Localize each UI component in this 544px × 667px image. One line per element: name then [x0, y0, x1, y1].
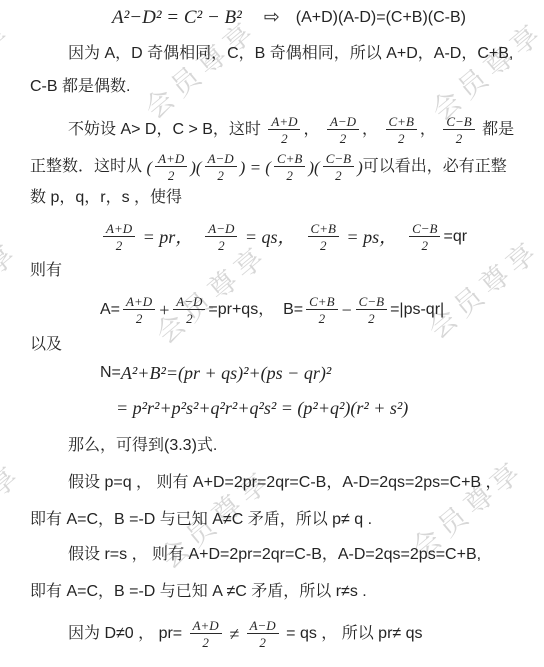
paragraph-text: 都是 — [478, 122, 514, 138]
equation-term: = pr， — [138, 228, 202, 246]
fraction-numerator: A+D — [268, 114, 300, 130]
and-label: 以及 — [30, 337, 62, 353]
watermark-text: 会员尊享 — [0, 453, 30, 571]
equation-1: A+D2 = pr， A−D2 = qs， C+B2 = ps， C−B2 =q… — [100, 219, 467, 255]
equation-2: A= A+D2 + A−D2 =pr+qs， B= C+B2 − C−B2 =|… — [100, 292, 444, 328]
fraction-denominator: 2 — [168, 167, 175, 183]
paragraph-text: 可以看出，必有正整 — [363, 159, 507, 175]
paragraph-text: 以及 — [30, 337, 62, 353]
fraction: A−D2 — [247, 618, 279, 651]
fraction: C+B2 — [306, 294, 337, 327]
paragraph-text: 因为 A，D 奇偶相同，C，B 奇偶相同，所以 A+D，A-D，C+B, — [68, 46, 513, 62]
fraction-numerator: C−B — [409, 221, 440, 237]
paragraph-2-line-3: 数 p，q，r，s ，使得 — [30, 190, 182, 206]
fraction: A+D2 — [268, 114, 300, 147]
fraction-denominator: 2 — [422, 237, 429, 253]
plus-operator: + — [158, 301, 170, 319]
watermark-text: 会员尊享 — [0, 11, 20, 129]
fraction-numerator: C+B — [274, 151, 305, 167]
fraction-denominator: 2 — [456, 130, 463, 146]
fraction: C+B2 — [386, 114, 417, 147]
fraction-numerator: A−D — [247, 618, 279, 634]
fraction: A+D2 — [123, 294, 155, 327]
fraction-denominator: 2 — [116, 237, 123, 253]
paren: ( — [146, 159, 152, 176]
fraction-numerator: C+B — [308, 221, 339, 237]
fraction-denominator: 2 — [136, 310, 143, 326]
fraction-numerator: A−D — [173, 294, 205, 310]
minus-operator: − — [341, 301, 353, 319]
paragraph-text: 即有 A=C，B =-D 与已知 A ≠C 矛盾，所以 r≠s . — [30, 584, 367, 600]
fraction-denominator: 2 — [319, 310, 326, 326]
fraction: A+D2 — [155, 151, 187, 184]
fraction-numerator: A+D — [123, 294, 155, 310]
formula-headline: A²−D² = C² − B² ⇨ (A+D)(A-D)=(C+B)(C-B) — [112, 8, 466, 27]
paragraph-1-line-2: C-B 都是偶数. — [30, 79, 130, 95]
fraction-numerator: A+D — [190, 618, 222, 634]
implies-arrow-icon: ⇨ — [264, 8, 280, 27]
fraction-numerator: C−B — [443, 114, 474, 130]
equation-term: N= — [100, 365, 121, 381]
paragraph-text: 假设 r=s ， 则有 A+D=2pr=2qr=C-B，A-D=2qs=2ps=… — [68, 547, 481, 563]
fraction: C+B2 — [308, 221, 339, 254]
fraction-numerator: A+D — [103, 221, 135, 237]
equation-term: =qr — [443, 229, 467, 245]
paragraph-text: 则有 — [30, 263, 62, 279]
paragraph-6: 因为 D≠0 ， pr= A+D2 ≠ A−D2 = qs ， 所以 pr≠ q… — [68, 616, 423, 652]
fraction-denominator: 2 — [335, 167, 342, 183]
fraction: A−D2 — [173, 294, 205, 327]
fraction: A+D2 — [103, 221, 135, 254]
equation-term: A²+B²=(pr + qs)²+(ps − qr)² — [121, 364, 331, 382]
paragraph-text: = qs ， 所以 pr≠ qs — [282, 626, 423, 642]
fraction: C−B2 — [323, 151, 354, 184]
paragraph-text: 正整数．这时从 — [30, 159, 146, 175]
paragraph-3: 那么，可得到(3.3)式. — [68, 438, 217, 454]
fraction-denominator: 2 — [340, 130, 347, 146]
fraction-numerator: A−D — [205, 221, 237, 237]
equation-term: = ps， — [342, 228, 406, 246]
document-page: 会员尊享 会员尊享 会员尊享 会员尊享 会员尊享 会员尊享 会员尊享 会员尊享 … — [0, 0, 544, 667]
fraction: A−D2 — [205, 221, 237, 254]
fraction-numerator: A+D — [155, 151, 187, 167]
paragraph-text: C-B 都是偶数. — [30, 79, 130, 95]
fraction-denominator: 2 — [368, 310, 375, 326]
paragraph-4-line-2: 即有 A=C，B =-D 与已知 A≠C 矛盾，所以 p≠ q . — [30, 512, 372, 528]
fraction-numerator: A−D — [205, 151, 237, 167]
fraction: C+B2 — [274, 151, 305, 184]
paren: )( — [308, 159, 319, 176]
fraction: C−B2 — [443, 114, 474, 147]
fraction-denominator: 2 — [218, 237, 225, 253]
paragraph-text: 不妨设 A> D，C > B，这时 — [68, 122, 265, 138]
fraction-numerator: C−B — [323, 151, 354, 167]
fraction-denominator: 2 — [259, 634, 266, 650]
equation-term: =|ps-qr| — [390, 302, 444, 318]
paren: )( — [190, 159, 201, 176]
separator: ， — [303, 122, 323, 138]
equation-term: = p²r²+p²s²+q²r²+q²s² = (p²+q²)(r² + s²) — [116, 399, 408, 417]
fraction: A−D2 — [327, 114, 359, 147]
paren: ) = ( — [240, 159, 271, 176]
fraction: A−D2 — [205, 151, 237, 184]
equation-3-line-1: N= A²+B²=(pr + qs)²+(ps − qr)² — [100, 364, 331, 382]
fraction-numerator: C−B — [356, 294, 387, 310]
fraction-numerator: C+B — [306, 294, 337, 310]
paragraph-4-line-1: 假设 p=q ， 则有 A+D=2pr=2qr=C-B，A-D=2qs=2ps=… — [68, 475, 502, 491]
fraction: C−B2 — [409, 221, 440, 254]
equation-term: =pr+qs， — [208, 302, 283, 318]
paragraph-2-line-1: 不妨设 A> D，C > B，这时 A+D2 ， A−D2 ， C+B2 ， C… — [68, 112, 514, 148]
paragraph-text: 因为 D≠0 ， pr= — [68, 626, 187, 642]
paragraph-5-line-1: 假设 r=s ， 则有 A+D=2pr=2qr=C-B，A-D=2qs=2ps=… — [68, 547, 481, 563]
paragraph-2-line-2: 正整数．这时从 ( A+D2 )( A−D2 ) = ( C+B2 )( C−B… — [30, 149, 507, 185]
paragraph-text: 那么，可得到(3.3)式. — [68, 438, 217, 454]
headline-rhs: (A+D)(A-D)=(C+B)(C-B) — [296, 10, 466, 26]
paragraph-text: 数 p，q，r，s ，使得 — [30, 190, 182, 206]
equation-term: B= — [283, 302, 303, 318]
then-label: 则有 — [30, 263, 62, 279]
equation-3-line-2: = p²r²+p²s²+q²r²+q²s² = (p²+q²)(r² + s²) — [116, 399, 408, 417]
paragraph-text: 即有 A=C，B =-D 与已知 A≠C 矛盾，所以 p≠ q . — [30, 512, 372, 528]
fraction-denominator: 2 — [286, 167, 293, 183]
fraction-denominator: 2 — [186, 310, 193, 326]
fraction-numerator: A−D — [327, 114, 359, 130]
headline-lhs: A²−D² = C² − B² — [112, 8, 242, 27]
separator: ， — [362, 122, 382, 138]
equation-term: A= — [100, 302, 120, 318]
separator: ， — [420, 122, 440, 138]
fraction-denominator: 2 — [202, 634, 209, 650]
paragraph-1-line-1: 因为 A，D 奇偶相同，C，B 奇偶相同，所以 A+D，A-D，C+B, — [68, 46, 513, 62]
fraction-denominator: 2 — [398, 130, 405, 146]
fraction: C−B2 — [356, 294, 387, 327]
paragraph-5-line-2: 即有 A=C，B =-D 与已知 A ≠C 矛盾，所以 r≠s . — [30, 584, 367, 600]
fraction-denominator: 2 — [217, 167, 224, 183]
fraction-denominator: 2 — [281, 130, 288, 146]
fraction-denominator: 2 — [320, 237, 327, 253]
watermark-text: 会员尊享 — [0, 231, 27, 349]
fraction-numerator: C+B — [386, 114, 417, 130]
paragraph-text: 假设 p=q ， 则有 A+D=2pr=2qr=C-B，A-D=2qs=2ps=… — [68, 475, 502, 491]
equation-term: = qs， — [240, 228, 304, 246]
fraction: A+D2 — [190, 618, 222, 651]
not-equal-operator: ≠ — [225, 625, 244, 643]
